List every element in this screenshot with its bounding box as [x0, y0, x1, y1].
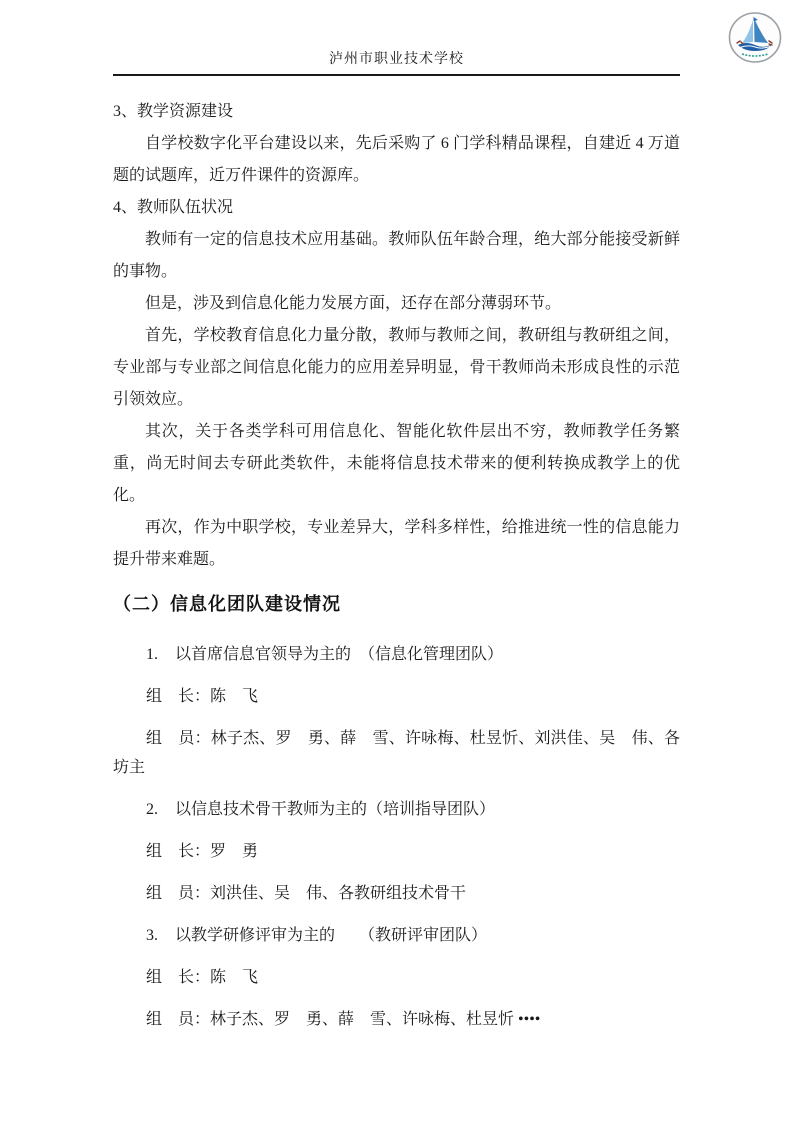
- team-leader-line: 组 长：罗 勇: [113, 837, 680, 866]
- section-4-paragraph: 首先，学校教育信息化力量分散，教师与教师之间，教研组与教研组之间，专业部与专业部…: [113, 320, 680, 416]
- section-2-heading: （二）信息化团队建设情况: [113, 590, 680, 618]
- document-page: 泸州市职业技术学校 3、教学资源建设 自学校数字化平台建设以来，先后采购了 6 …: [0, 0, 793, 1122]
- team-title: 1.以首席信息官领导为主的 （信息化管理团队）: [113, 640, 680, 669]
- school-logo: [728, 12, 782, 63]
- header-school-name: 泸州市职业技术学校: [113, 50, 680, 70]
- team-list: 1.以首席信息官领导为主的 （信息化管理团队） 组 长：陈 飞 组 员：林子杰、…: [113, 640, 680, 1034]
- section-3-paragraph: 自学校数字化平台建设以来，先后采购了 6 门学科精品课程，自建近 4 万道题的试…: [113, 128, 680, 192]
- team-number: 3.: [146, 921, 175, 950]
- team-title: 2.以信息技术骨干教师为主的（培训指导团队）: [113, 795, 680, 824]
- team-block-3: 3.以教学研修评审为主的 （教研评审团队） 组 长：陈 飞 组 员：林子杰、罗 …: [113, 921, 680, 1034]
- team-number: 2.: [146, 795, 175, 824]
- team-leader-line: 组 长：陈 飞: [113, 963, 680, 992]
- section-4-paragraph: 但是，涉及到信息化能力发展方面，还存在部分薄弱环节。: [113, 288, 680, 320]
- page-header: 泸州市职业技术学校: [113, 0, 680, 76]
- team-title: 3.以教学研修评审为主的 （教研评审团队）: [113, 921, 680, 950]
- section-4-paragraph: 再次，作为中职学校，专业差异大，学科多样性，给推进统一性的信息能力提升带来难题。: [113, 512, 680, 576]
- team-block-1: 1.以首席信息官领导为主的 （信息化管理团队） 组 长：陈 飞 组 员：林子杰、…: [113, 640, 680, 782]
- team-number: 1.: [146, 640, 175, 669]
- section-3-title: 3、教学资源建设: [113, 96, 680, 128]
- team-title-text: 以信息技术骨干教师为主的（培训指导团队）: [175, 801, 495, 818]
- team-leader-line: 组 长：陈 飞: [113, 682, 680, 711]
- team-members-line: 组 员：刘洪佳、吴 伟、各教研组技术骨干: [113, 879, 680, 908]
- sailboat-school-badge-icon: [728, 12, 782, 63]
- team-title-text: 以教学研修评审为主的 （教研评审团队）: [175, 927, 487, 944]
- section-4-paragraph: 其次，关于各类学科可用信息化、智能化软件层出不穷，教师教学任务繁重，尚无时间去专…: [113, 416, 680, 512]
- team-block-2: 2.以信息技术骨干教师为主的（培训指导团队） 组 长：罗 勇 组 员：刘洪佳、吴…: [113, 795, 680, 908]
- team-title-text: 以首席信息官领导为主的 （信息化管理团队）: [175, 646, 503, 663]
- team-members-line: 组 员：林子杰、罗 勇、薛 雪、许咏梅、杜昱忻 ••••: [113, 1005, 680, 1034]
- section-4-paragraph: 教师有一定的信息技术应用基础。教师队伍年龄合理，绝大部分能接受新鲜的事物。: [113, 224, 680, 288]
- team-members-line: 组 员：林子杰、罗 勇、薛 雪、许咏梅、杜昱忻、刘洪佳、吴 伟、各坊主: [113, 724, 680, 782]
- document-content: 3、教学资源建设 自学校数字化平台建设以来，先后采购了 6 门学科精品课程，自建…: [113, 96, 680, 1034]
- section-4-title: 4、教师队伍状况: [113, 192, 680, 224]
